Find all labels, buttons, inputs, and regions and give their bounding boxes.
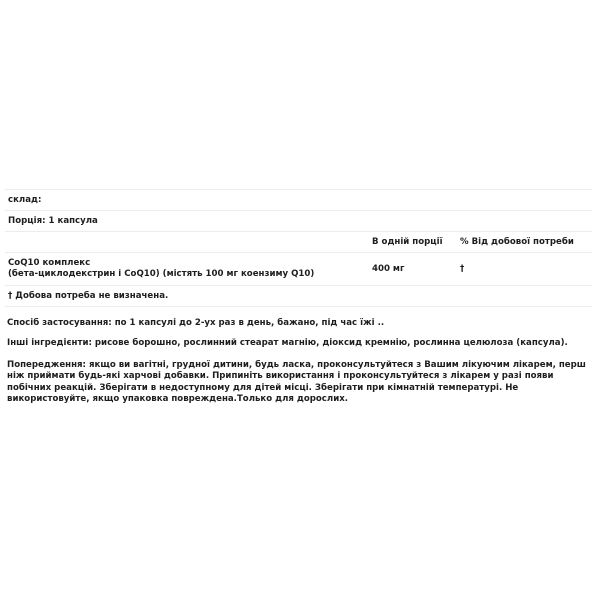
warning-text: Попередження: якщо ви вагітні, грудної д… bbox=[7, 360, 592, 405]
ingredient-amount: 400 мг bbox=[369, 253, 457, 286]
table-row: CoQ10 комплекс (бета-циклодекстрин і CoQ… bbox=[5, 253, 592, 286]
header-name bbox=[5, 232, 369, 253]
serving-row: Порція: 1 капсула bbox=[5, 211, 592, 232]
table-title: склад: bbox=[5, 190, 592, 211]
footnote: † Добова потреба не визначена. bbox=[5, 286, 592, 307]
ingredient-name-line2: (бета-циклодекстрин і CoQ10) (містять 10… bbox=[8, 269, 366, 280]
ingredient-name: CoQ10 комплекс (бета-циклодекстрин і CoQ… bbox=[5, 253, 369, 286]
usage-text: Спосіб застосування: по 1 капсулі до 2-у… bbox=[7, 318, 592, 329]
other-ingredients-text: Інші інгредієнти: рисове борошно, рослин… bbox=[7, 338, 592, 349]
header-daily-value: % Від добової потреби bbox=[457, 232, 592, 253]
table-header-row: В одній порції % Від добової потреби bbox=[5, 232, 592, 253]
header-amount: В одній порції bbox=[369, 232, 457, 253]
supplement-facts-table: склад: Порція: 1 капсула В одній порції … bbox=[5, 189, 592, 307]
table-title-row: склад: bbox=[5, 190, 592, 211]
footnote-row: † Добова потреба не визначена. bbox=[5, 286, 592, 307]
ingredient-daily-value: † bbox=[457, 253, 592, 286]
serving-size: Порція: 1 капсула bbox=[5, 211, 592, 232]
ingredient-name-line1: CoQ10 комплекс bbox=[8, 258, 366, 269]
